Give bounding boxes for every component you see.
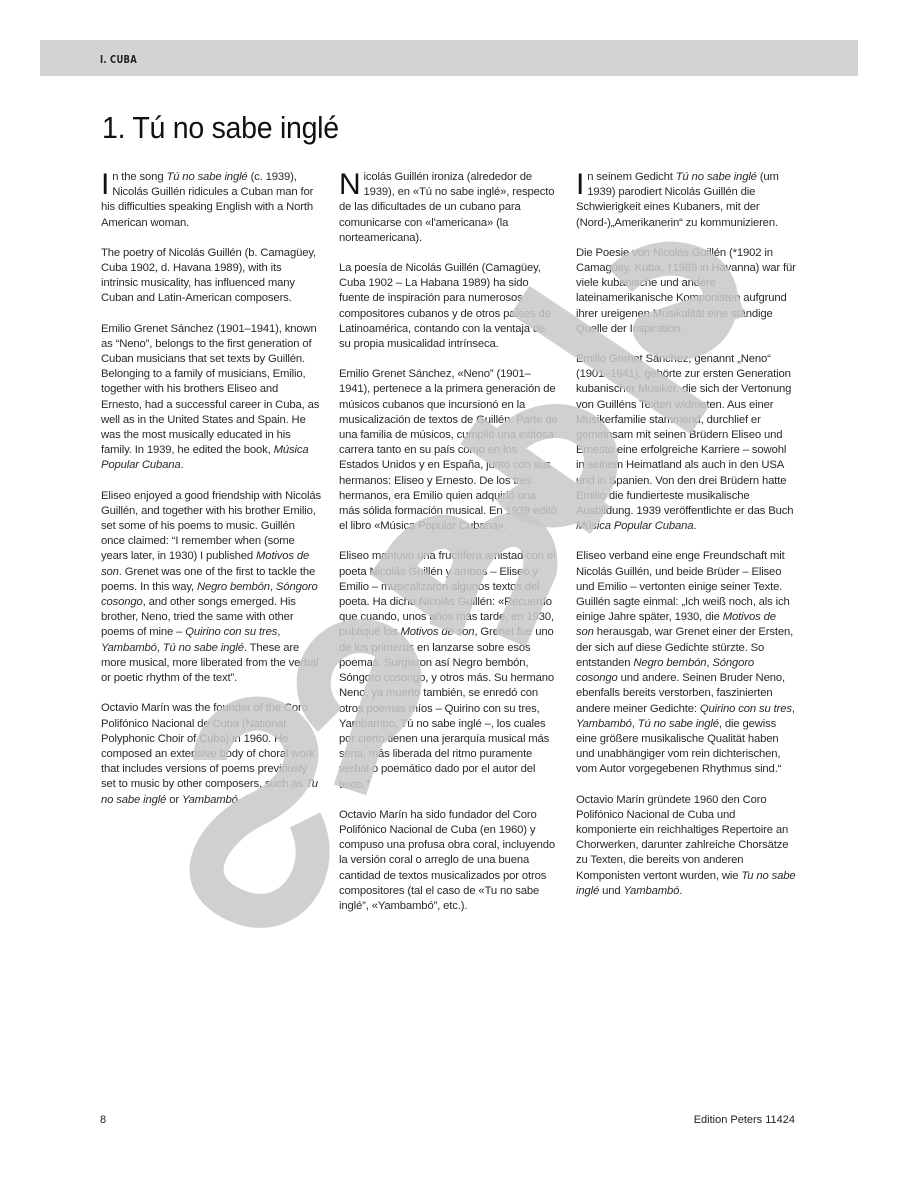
paragraph: n the song Tú no sabe inglé (c. 1939), N…: [101, 171, 313, 229]
edition-label: Edition Peters 11424: [694, 1114, 795, 1126]
italic-title: Tú no sabe inglé: [163, 642, 244, 654]
italic-title: Música Popular Cubana: [576, 520, 693, 532]
page-title: 1. Tú no sabe inglé: [102, 110, 339, 146]
italic-title: Música Popular Cubana: [101, 444, 309, 471]
section-label: I. CUBA: [100, 53, 137, 66]
paragraph: La poesía de Nicolás Guillén (Camagüey, …: [339, 261, 559, 352]
italic-title: Motivos de son: [401, 626, 475, 638]
paragraph: Eliseo verband eine enge Freundschaft mi…: [576, 549, 796, 777]
italic-title: Tú no sabe inglé: [638, 718, 719, 730]
text-columns: In the song Tú no sabe inglé (c. 1939), …: [101, 170, 821, 929]
italic-title: Tu no sabe inglé: [576, 870, 796, 897]
paragraph: Die Poesie von Nicolás Guillén (*1902 in…: [576, 246, 796, 337]
italic-title: Motivos de son: [101, 550, 309, 577]
paragraph: Eliseo mantuvo una fructífera amistad co…: [339, 549, 559, 792]
column-spanish: Nicolás Guillén ironiza (alrededor de 19…: [339, 170, 559, 929]
lead-paragraph: Nicolás Guillén ironiza (alrededor de 19…: [339, 170, 559, 246]
paragraph: Octavio Marín ha sido fundador del Coro …: [339, 808, 559, 914]
italic-title: Quirino con su tres: [185, 626, 277, 638]
paragraph: The poetry of Nicolás Guillén (b. Camagü…: [101, 246, 321, 307]
dropcap: N: [339, 172, 361, 198]
column-german: In seinem Gedicht Tú no sabe inglé (um 1…: [576, 170, 796, 929]
italic-title: Quirino con su tres: [700, 703, 792, 715]
paragraph: Emilio Grenet Sánchez, «Neno” (1901–1941…: [339, 367, 559, 534]
paragraph: Eliseo enjoyed a good friendship with Ni…: [101, 489, 321, 687]
italic-title: Tú no sabe inglé: [166, 171, 247, 183]
italic-title: Negro bembón: [633, 657, 706, 669]
paragraph: Octavio Marín was the founder of the Cor…: [101, 701, 321, 807]
italic-title: Motivos de son: [576, 611, 776, 638]
paragraph: Emilio Grenet Sánchez, genannt „Neno“ (1…: [576, 352, 796, 534]
italic-title: Yambambó: [182, 794, 238, 806]
paragraph: Octavio Marín gründete 1960 den Coro Pol…: [576, 793, 796, 899]
dropcap: I: [101, 172, 109, 198]
italic-title: Tú no sabe inglé: [676, 171, 757, 183]
italic-title: Yambambó: [624, 885, 680, 897]
lead-paragraph: In seinem Gedicht Tú no sabe inglé (um 1…: [576, 170, 796, 231]
column-english: In the song Tú no sabe inglé (c. 1939), …: [101, 170, 321, 929]
lead-paragraph: In the song Tú no sabe inglé (c. 1939), …: [101, 170, 321, 231]
italic-title: Negro bembón: [197, 581, 270, 593]
paragraph: Emilio Grenet Sánchez (1901–1941), known…: [101, 322, 321, 474]
paragraph: icolás Guillén ironiza (alrededor de 193…: [339, 171, 554, 244]
running-header: I. CUBA: [40, 40, 858, 76]
italic-title: Yambambó: [101, 642, 157, 654]
dropcap: I: [576, 172, 584, 198]
italic-title: Yambambó: [576, 718, 632, 730]
page-number: 8: [100, 1114, 106, 1126]
paragraph: n seinem Gedicht Tú no sabe inglé (um 19…: [576, 171, 779, 229]
